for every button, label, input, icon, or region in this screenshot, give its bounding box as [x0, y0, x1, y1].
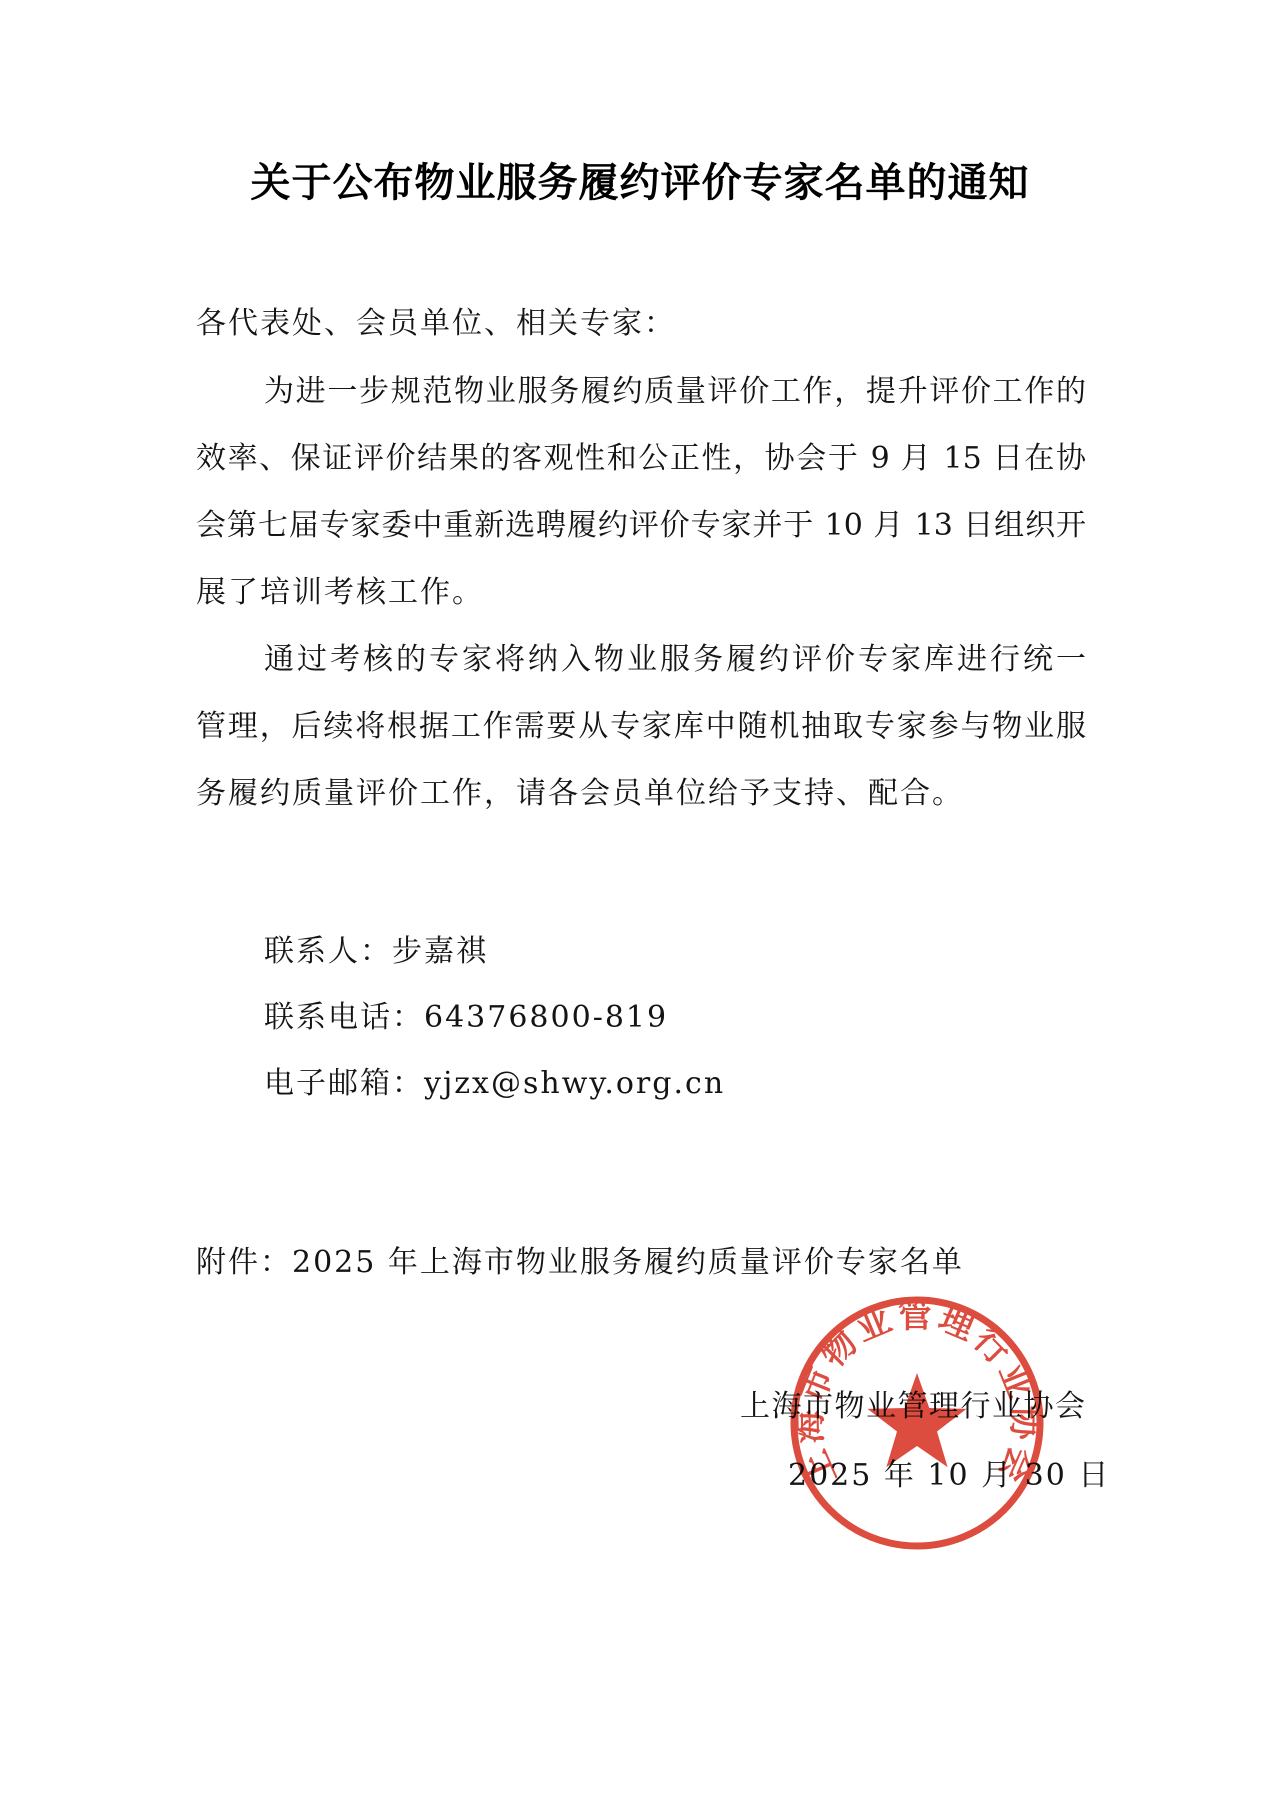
document-title: 关于公布物业服务履约评价专家名单的通知 — [0, 163, 1280, 203]
salutation-line: 各代表处、会员单位、相关专家： — [196, 307, 1086, 342]
contact-phone-line: 联系电话：64376800-819 — [264, 1001, 668, 1036]
contact-person-line: 联系人：步嘉祺 — [264, 935, 488, 970]
paragraph1-line-1: 为进一步规范物业服务履约质量评价工作，提升评价工作的 — [196, 375, 1086, 410]
paragraph2-line-2: 管理，后续将根据工作需要从专家库中随机抽取专家参与物业服 — [196, 710, 1086, 745]
seal-star-icon — [868, 1373, 967, 1467]
paragraph2-line-1: 通过考核的专家将纳入物业服务履约评价专家库进行统一 — [196, 643, 1086, 678]
notice-document-page: 关于公布物业服务履约评价专家名单的通知 各代表处、会员单位、相关专家： 为进一步… — [0, 0, 1280, 1810]
official-seal: 上海市物业管理行业协会 — [767, 1273, 1067, 1573]
contact-email-line: 电子邮箱：yjzx@shwy.org.cn — [264, 1067, 725, 1102]
paragraph2-line-3: 务履约质量评价工作，请各会员单位给予支持、配合。 — [196, 777, 1086, 812]
paragraph1-line-4: 展了培训考核工作。 — [196, 576, 1086, 611]
paragraph1-line-3: 会第七届专家委中重新选聘履约评价专家并于 10 月 13 日组织开 — [196, 509, 1086, 544]
paragraph1-line-2: 效率、保证评价结果的客观性和公正性，协会于 9 月 15 日在协 — [196, 442, 1086, 477]
